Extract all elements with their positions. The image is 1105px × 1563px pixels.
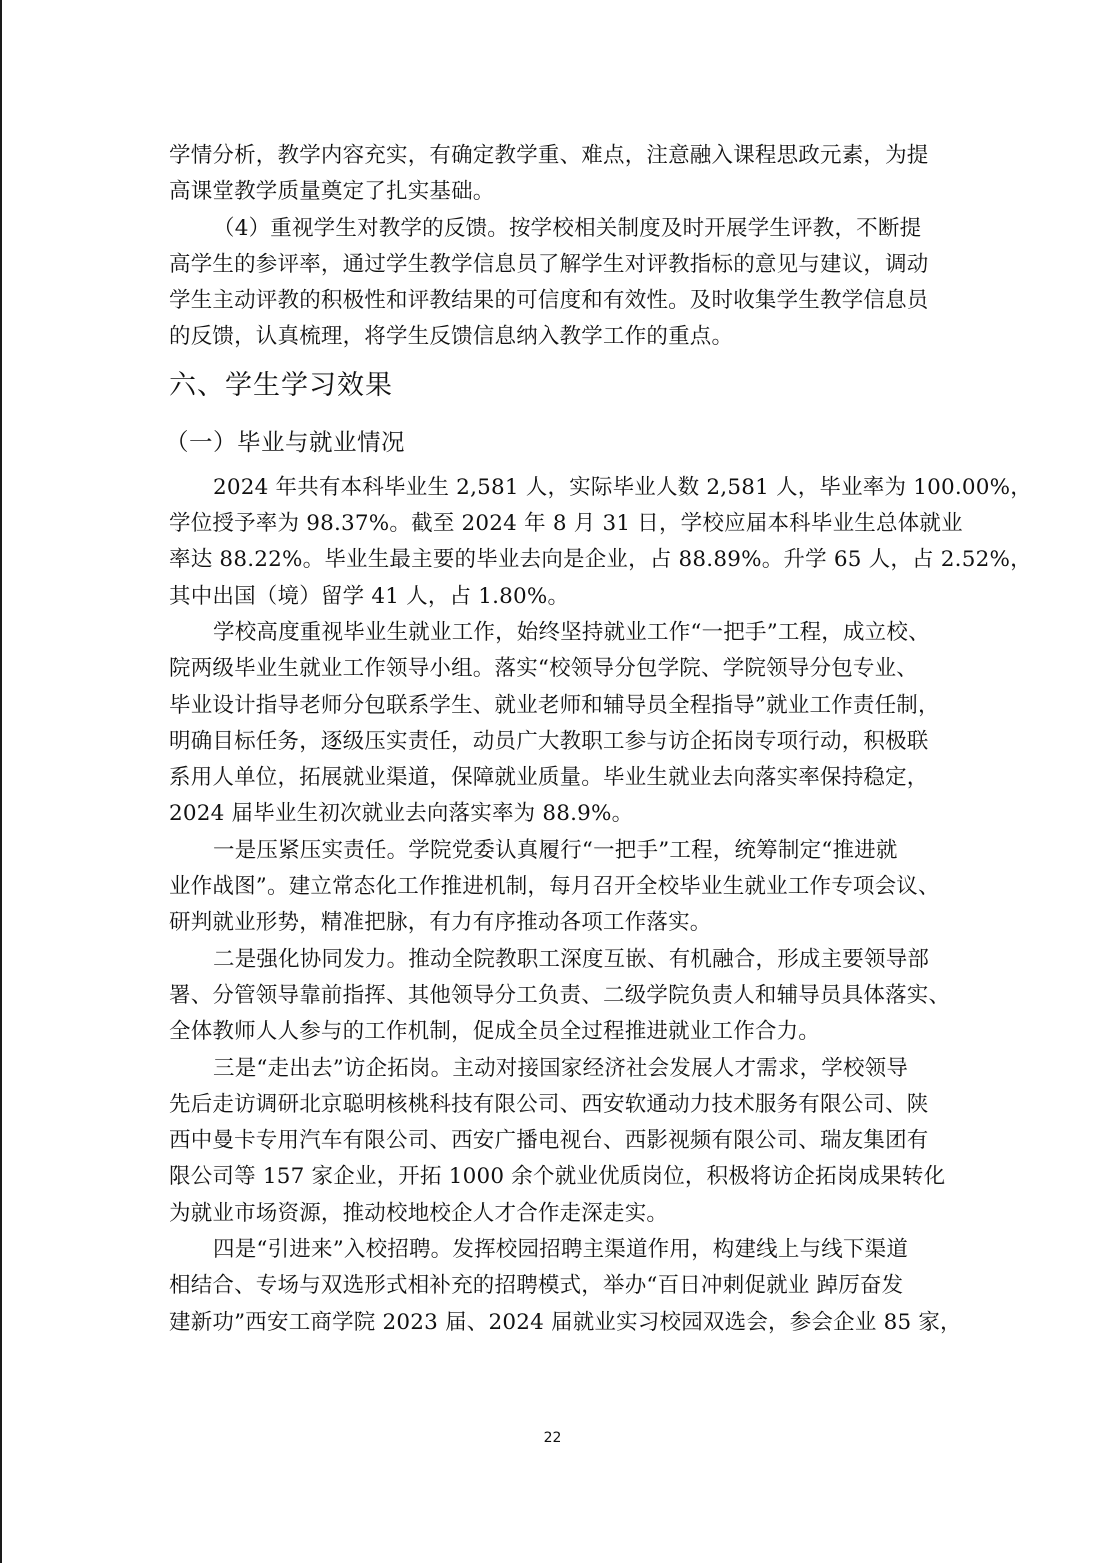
- text-line: 全体教师人人参与的工作机制，促成全员全过程推进就业工作合力。: [169, 1014, 949, 1050]
- text-line: 署、分管领导靠前指挥、其他领导分工负责、二级学院负责人和辅导员具体落实、: [169, 978, 949, 1014]
- paragraph-student-feedback: （4）重视学生对教学的反馈。按学校相关制度及时开展学生评教，不断提 高学生的参评…: [169, 211, 949, 356]
- text-line: 西中曼卡专用汽车有限公司、西安广播电视台、西影视频有限公司、瑞友集团有: [169, 1123, 949, 1159]
- text-line: 四是“引进来”入校招聘。发挥校园招聘主渠道作用，构建线上与线下渠道: [169, 1232, 949, 1268]
- paragraph-employment-work: 学校高度重视毕业生就业工作，始终坚持就业工作“一把手”工程，成立校、 院两级毕业…: [169, 615, 949, 833]
- text-line: 为就业市场资源，推动校地校企人才合作走深走实。: [169, 1196, 949, 1232]
- text-line: （4）重视学生对教学的反馈。按学校相关制度及时开展学生评教，不断提: [169, 211, 949, 247]
- text-line: 相结合、专场与双选形式相补充的招聘模式，举办“百日冲刺促就业 踔厉奋发: [169, 1268, 949, 1304]
- text-line: 学校高度重视毕业生就业工作，始终坚持就业工作“一把手”工程，成立校、: [169, 615, 949, 651]
- text-line: 学生主动评教的积极性和评教结果的可信度和有效性。及时收集学生教学信息员: [169, 283, 949, 319]
- text-line: 学情分析，教学内容充实，有确定教学重、难点，注意融入课程思政元素，为提: [169, 138, 949, 174]
- text-line: 院两级毕业生就业工作领导小组。落实“校领导分包学院、学院领导分包专业、: [169, 651, 949, 687]
- text-line: 一是压紧压实责任。学院党委认真履行“一把手”工程，统筹制定“推进就: [169, 833, 949, 869]
- continued-paragraph: 学情分析，教学内容充实，有确定教学重、难点，注意融入课程思政元素，为提 高课堂教…: [169, 138, 949, 211]
- text-line: 明确目标任务，逐级压实责任，动员广大教职工参与访企拓岗专项行动，积极联: [169, 724, 949, 760]
- text-line: 毕业设计指导老师分包联系学生、就业老师和辅导员全程指导”就业工作责任制，: [169, 688, 949, 724]
- text-line: 高学生的参评率，通过学生教学信息员了解学生对评教指标的意见与建议，调动: [169, 247, 949, 283]
- text-line: 先后走访调研北京聪明核桃科技有限公司、西安软通动力技术服务有限公司、陕: [169, 1087, 949, 1123]
- text-line: 率达 88.22%。毕业生最主要的毕业去向是企业，占 88.89%。升学 65 …: [169, 542, 949, 578]
- text-line: 三是“走出去”访企拓岗。主动对接国家经济社会发展人才需求，学校领导: [169, 1051, 949, 1087]
- text-line: 高课堂教学质量奠定了扎实基础。: [169, 174, 949, 210]
- page-number: 22: [0, 1430, 1105, 1446]
- text-line: 系用人单位，拓展就业渠道，保障就业质量。毕业生就业去向落实率保持稳定，: [169, 760, 949, 796]
- paragraph-point-four: 四是“引进来”入校招聘。发挥校园招聘主渠道作用，构建线上与线下渠道 相结合、专场…: [169, 1232, 949, 1341]
- paragraph-point-two: 二是强化协同发力。推动全院教职工深度互嵌、有机融合，形成主要领导部 署、分管领导…: [169, 942, 949, 1051]
- text-line: 业作战图”。建立常态化工作推进机制，每月召开全校毕业生就业工作专项会议、: [169, 869, 949, 905]
- text-line: 的反馈，认真梳理，将学生反馈信息纳入教学工作的重点。: [169, 319, 949, 355]
- document-body: 学情分析，教学内容充实，有确定教学重、难点，注意融入课程思政元素，为提 高课堂教…: [169, 138, 949, 1341]
- paragraph-graduation-stats: 2024 年共有本科毕业生 2,581 人，实际毕业人数 2,581 人，毕业率…: [169, 470, 949, 615]
- text-line: 其中出国（境）留学 41 人，占 1.80%。: [169, 579, 949, 615]
- text-line: 学位授予率为 98.37%。截至 2024 年 8 月 31 日，学校应届本科毕…: [169, 506, 949, 542]
- section-heading: 六、学生学习效果: [169, 358, 949, 414]
- subsection-heading: （一）毕业与就业情况: [165, 414, 949, 470]
- text-line: 2024 届毕业生初次就业去向落实率为 88.9%。: [169, 796, 949, 832]
- text-line: 2024 年共有本科毕业生 2,581 人，实际毕业人数 2,581 人，毕业率…: [169, 470, 949, 506]
- text-line: 限公司等 157 家企业，开拓 1000 余个就业优质岗位，积极将访企拓岗成果转…: [169, 1159, 949, 1195]
- text-line: 二是强化协同发力。推动全院教职工深度互嵌、有机融合，形成主要领导部: [169, 942, 949, 978]
- text-line: 研判就业形势，精准把脉，有力有序推动各项工作落实。: [169, 905, 949, 941]
- paragraph-point-one: 一是压紧压实责任。学院党委认真履行“一把手”工程，统筹制定“推进就 业作战图”。…: [169, 833, 949, 942]
- page-edge: [0, 0, 2, 1563]
- text-line: 建新功”西安工商学院 2023 届、2024 届就业实习校园双选会，参会企业 8…: [169, 1305, 949, 1341]
- paragraph-point-three: 三是“走出去”访企拓岗。主动对接国家经济社会发展人才需求，学校领导 先后走访调研…: [169, 1051, 949, 1232]
